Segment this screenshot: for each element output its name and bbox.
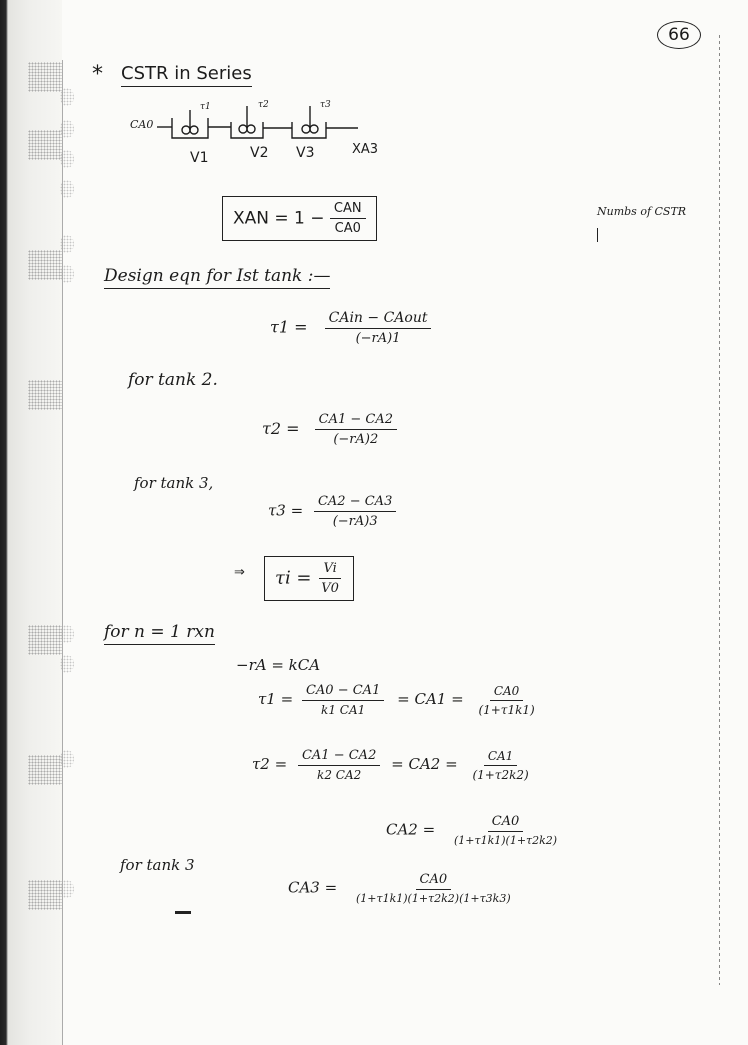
numerator: CA0 − CA1 bbox=[302, 683, 384, 701]
scan-artifact bbox=[28, 880, 62, 910]
numerator: CA1 bbox=[484, 749, 517, 766]
ca3-equation: CA3 = CA0 (1+τ1k1)(1+τ2k2)(1+τ3k3) bbox=[288, 872, 515, 905]
equation-lhs: τ1 = bbox=[258, 690, 293, 708]
fraction: Vi V0 bbox=[317, 561, 343, 596]
tank1-design-equation: τ1 = CAin − CAout (−rA)1 bbox=[270, 310, 431, 346]
design-equation-heading: Design eqn for Ist tank :— bbox=[104, 266, 330, 289]
punch-hole bbox=[60, 235, 74, 253]
fraction: CA0 (1+τ1k1) bbox=[474, 684, 538, 717]
equation-lhs: τ2 = bbox=[252, 755, 287, 773]
punch-hole bbox=[60, 750, 74, 768]
numerator: CA0 bbox=[490, 684, 523, 701]
bullet-star: * bbox=[92, 62, 103, 87]
tank3-design-equation: τ3 = CA2 − CA3 (−rA)3 bbox=[268, 494, 396, 529]
equation-lhs: τ1 = bbox=[270, 318, 308, 337]
numerator: Vi bbox=[319, 561, 340, 579]
punch-hole bbox=[60, 88, 74, 106]
fraction: CA1 − CA2 (−rA)2 bbox=[315, 412, 397, 447]
fraction: CA0 − CA1 k1 CA1 bbox=[302, 683, 384, 717]
scan-artifact bbox=[28, 625, 62, 655]
equation-lhs: CA3 = bbox=[288, 879, 337, 897]
punch-hole bbox=[60, 180, 74, 198]
side-note: Numbs of CSTR bbox=[597, 205, 686, 218]
equation-middle: = CA2 = bbox=[391, 755, 458, 773]
scan-artifact bbox=[28, 130, 62, 160]
scan-artifact bbox=[28, 62, 62, 92]
rate-law: −rA = kCA bbox=[236, 656, 320, 674]
fraction: CAin − CAout (−rA)1 bbox=[325, 310, 432, 346]
equation-lhs: τ3 = bbox=[268, 502, 303, 520]
fraction: CAN CA0 bbox=[330, 201, 366, 236]
scan-artifact bbox=[28, 250, 62, 280]
denominator: (−rA)3 bbox=[329, 512, 382, 529]
equation-lhs: τ2 = bbox=[262, 419, 300, 438]
equation-middle: = CA1 = bbox=[397, 690, 464, 708]
tank-3-volume-label: V3 bbox=[296, 145, 314, 161]
page-title: CSTR in Series bbox=[121, 63, 252, 87]
numerator: CA1 − CA2 bbox=[298, 748, 380, 766]
denominator: (1+τ1k1)(1+τ2k2)(1+τ3k3) bbox=[352, 890, 515, 905]
tank2-heading: for tank 2. bbox=[128, 370, 218, 390]
equation-lhs: τi = bbox=[275, 568, 312, 589]
punch-hole bbox=[60, 655, 74, 673]
denominator: (−rA)2 bbox=[329, 430, 382, 447]
first-order-tank1-equation: τ1 = CA0 − CA1 k1 CA1 = CA1 = CA0 (1+τ1k… bbox=[258, 683, 539, 717]
page-number: 66 bbox=[657, 21, 701, 49]
tank-1-tau-label: τ1 bbox=[200, 102, 211, 112]
numerator: CA0 bbox=[488, 814, 524, 832]
tank-3-tau-label: τ3 bbox=[320, 100, 331, 110]
numerator: CAN bbox=[330, 201, 366, 219]
tank3-heading: for tank 3, bbox=[134, 474, 213, 492]
margin-line bbox=[62, 60, 63, 1045]
denominator: V0 bbox=[317, 579, 343, 596]
tank-2-tau-label: τ2 bbox=[258, 100, 269, 110]
tank3-first-order-heading: for tank 3 bbox=[120, 856, 195, 874]
denominator: (−rA)1 bbox=[352, 329, 405, 346]
fraction: CA2 − CA3 (−rA)3 bbox=[314, 494, 396, 529]
punch-hole bbox=[60, 265, 74, 283]
punch-hole bbox=[60, 880, 74, 898]
ca2-equation: CA2 = CA0 (1+τ1k1)(1+τ2k2) bbox=[386, 814, 561, 847]
dash-mark bbox=[175, 911, 191, 914]
outlet-conversion-label: XA3 bbox=[352, 142, 378, 157]
denominator: (1+τ1k1) bbox=[474, 701, 538, 717]
fraction: CA1 − CA2 k2 CA2 bbox=[298, 748, 380, 782]
feed-label: CA0 bbox=[130, 118, 153, 131]
punch-hole bbox=[60, 150, 74, 168]
scan-artifact bbox=[28, 755, 62, 785]
right-margin-rule bbox=[719, 35, 720, 985]
equation-lhs: CA2 = bbox=[386, 821, 435, 839]
denominator: k1 CA1 bbox=[317, 701, 369, 717]
scan-artifact bbox=[28, 380, 62, 410]
denominator: CA0 bbox=[331, 219, 365, 236]
fraction: CA0 (1+τ1k1)(1+τ2k2) bbox=[450, 814, 561, 847]
first-order-tank2-equation: τ2 = CA1 − CA2 k2 CA2 = CA2 = CA1 (1+τ2k… bbox=[252, 748, 533, 782]
side-note-mark bbox=[597, 228, 598, 242]
denominator: k2 CA2 bbox=[313, 766, 365, 782]
residence-time-equation: τi = Vi V0 bbox=[264, 556, 354, 601]
conversion-equation: XAN = 1 − CAN CA0 bbox=[222, 196, 377, 241]
tank-2-volume-label: V2 bbox=[250, 145, 268, 161]
numerator: CA1 − CA2 bbox=[315, 412, 397, 430]
numerator: CA2 − CA3 bbox=[314, 494, 396, 512]
numerator: CAin − CAout bbox=[325, 310, 432, 329]
tank2-design-equation: τ2 = CA1 − CA2 (−rA)2 bbox=[262, 412, 397, 447]
first-order-heading: for n = 1 rxn bbox=[104, 622, 215, 645]
equation-lhs: XAN = 1 − bbox=[233, 209, 325, 229]
implies-arrow: ⇒ bbox=[234, 565, 245, 580]
numerator: CA0 bbox=[416, 872, 452, 890]
punch-hole bbox=[60, 120, 74, 138]
punch-hole bbox=[60, 625, 74, 643]
denominator: (1+τ2k2) bbox=[468, 766, 532, 782]
denominator: (1+τ1k1)(1+τ2k2) bbox=[450, 832, 561, 847]
fraction: CA1 (1+τ2k2) bbox=[468, 749, 532, 782]
tank-1-volume-label: V1 bbox=[190, 150, 208, 166]
fraction: CA0 (1+τ1k1)(1+τ2k2)(1+τ3k3) bbox=[352, 872, 515, 905]
